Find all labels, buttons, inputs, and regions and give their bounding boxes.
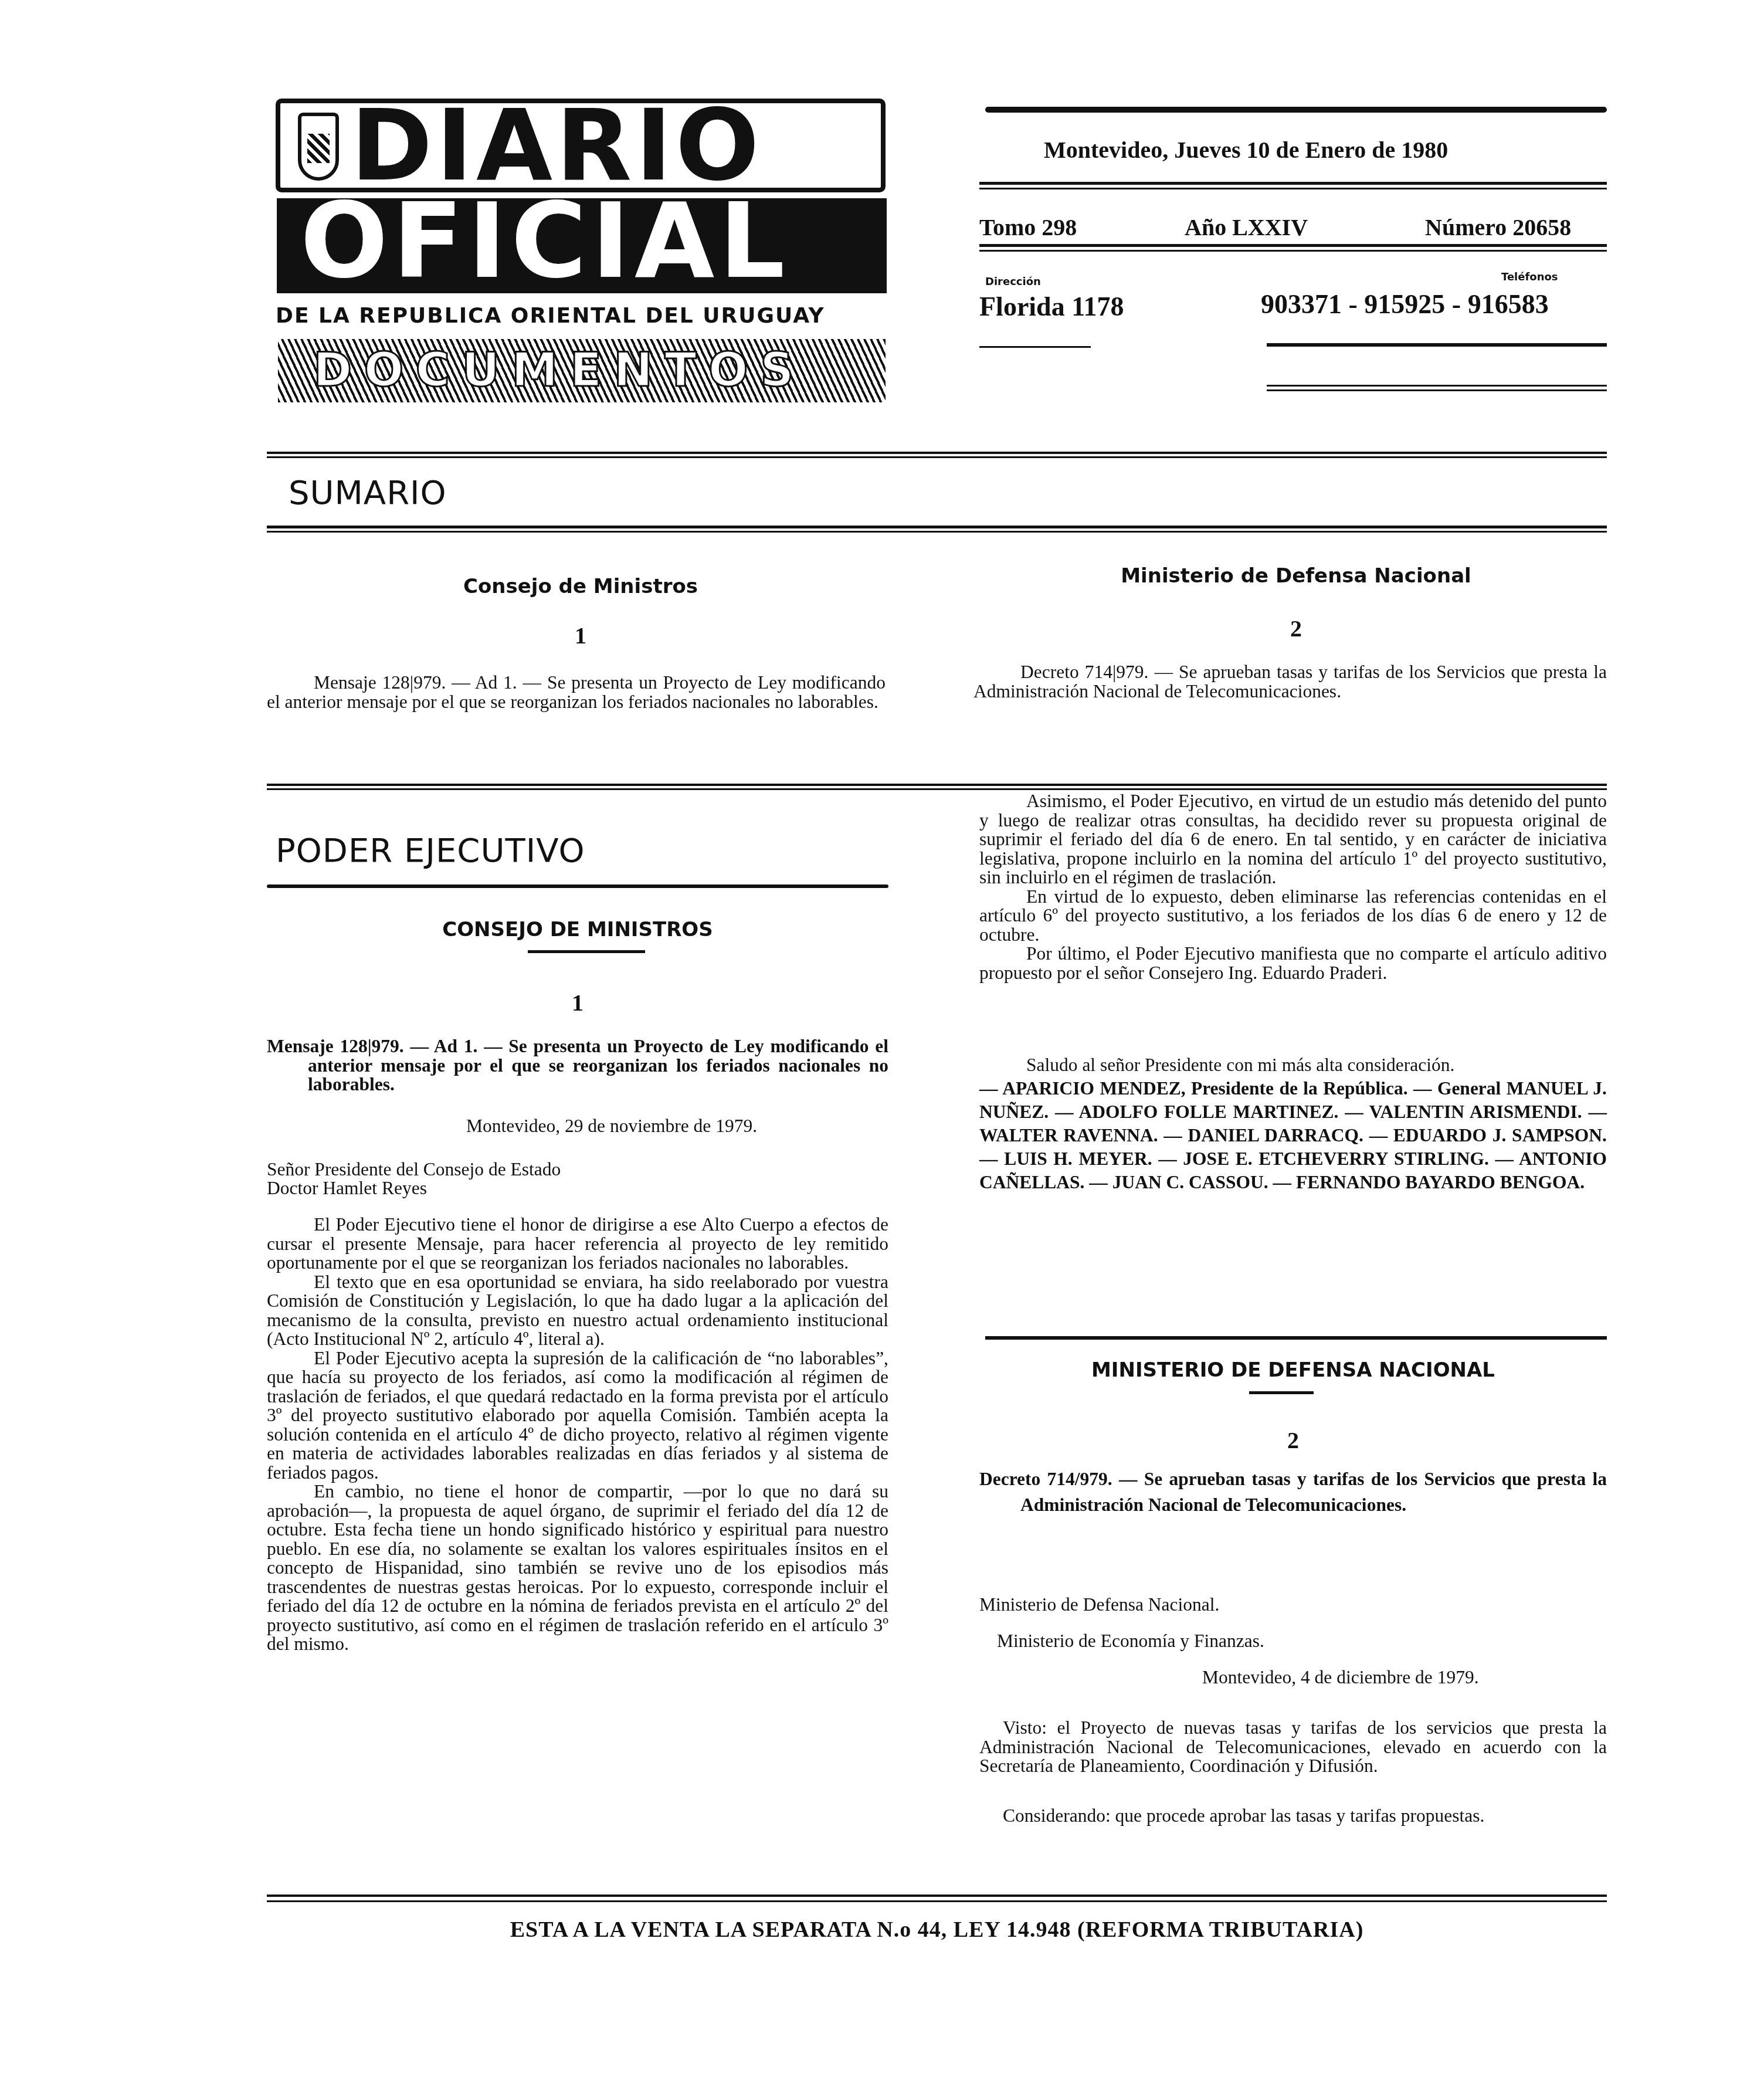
consejo-date: Montevideo, 29 de noviembre de 1979. [466, 1117, 757, 1136]
sumario-rule-bottom-b [267, 531, 1607, 533]
sumario-item-2-organ: Ministerio de Defensa Nacional [985, 564, 1607, 588]
defensa-considerando-block: Considerando: que procede aprobar las ta… [979, 1807, 1607, 1826]
consejo-paragraph-1: El Poder Ejecutivo tiene el honor de dir… [267, 1215, 888, 1273]
consejo-summary-text: Mensaje 128|979. — Ad 1. — Se presenta u… [267, 1037, 888, 1094]
masthead-title-top: DIARIO [351, 96, 763, 195]
defensa-heading-underline [1249, 1391, 1314, 1394]
header-rule-3 [979, 244, 1607, 247]
consejo-paragraph-5: Asimismo, el Poder Ejecutivo, en virtud … [979, 792, 1607, 887]
poder-rule-top [267, 784, 1607, 786]
header-place-date: Montevideo, Jueves 10 de Enero de 1980 [1044, 136, 1448, 164]
header-rule-5 [1267, 385, 1607, 387]
defensa-visto: Visto: el Proyecto de nuevas tasas y tar… [979, 1719, 1607, 1776]
sumario-rule-top-b [267, 456, 1607, 458]
footer-notice: ESTA A LA VENTA LA SEPARATA N.o 44, LEY … [267, 1917, 1607, 1943]
defensa-summary-text: Decreto 714/979. — Se aprueban tasas y t… [979, 1466, 1607, 1518]
sumario-item-1-text: Mensaje 128|979. — Ad 1. — Se presenta u… [267, 673, 886, 711]
sumario-rule-top [267, 452, 1607, 454]
consejo-signatures: — APARICIO MENDEZ, Presidente de la Repú… [979, 1077, 1607, 1194]
sumario-item-1-organ: Consejo de Ministros [276, 575, 886, 598]
header-rule-4b [1267, 343, 1607, 347]
header-rule-2b [979, 188, 1607, 189]
consejo-heading: CONSEJO DE MINISTROS [267, 918, 888, 941]
consejo-body-continued: Asimismo, el Poder Ejecutivo, en virtud … [979, 792, 1607, 982]
defensa-visto-block: Visto: el Proyecto de nuevas tasas y tar… [979, 1719, 1607, 1776]
poder-ejecutivo-title: PODER EJECUTIVO [276, 832, 585, 870]
consejo-paragraph-6: En virtud de lo expuesto, deben eliminar… [979, 887, 1607, 945]
header-tomo: Tomo 298 [979, 213, 1077, 241]
defensa-considerando: Considerando: que procede aprobar las ta… [979, 1807, 1607, 1826]
header-rule-3b [979, 250, 1607, 252]
footer-rule [267, 1895, 1607, 1897]
poder-ejecutivo-rule [267, 884, 888, 888]
consejo-body: El Poder Ejecutivo tiene el honor de dir… [267, 1215, 888, 1654]
consejo-summary: Mensaje 128|979. — Ad 1. — Se presenta u… [267, 1037, 888, 1094]
sumario-item-2-text: Decreto 714|979. — Se aprueban tasas y t… [973, 663, 1607, 701]
header-rule-top [985, 107, 1607, 113]
sumario-item-2-number: 2 [985, 615, 1607, 642]
masthead-title-bottom: OFICIAL [300, 190, 789, 293]
defensa-summary: Decreto 714/979. — Se aprueban tasas y t… [979, 1466, 1607, 1518]
consejo-closing-block: Saludo al señor Presidente con mi más al… [979, 1053, 1607, 1194]
sumario-item-1[interactable]: Mensaje 128|979. — Ad 1. — Se presenta u… [267, 673, 886, 711]
poder-rule-top-b [267, 788, 1607, 790]
defensa-date: Montevideo, 4 de diciembre de 1979. [1202, 1668, 1479, 1687]
header-rule-4a [979, 346, 1091, 348]
consejo-addressee-1: Señor Presidente del Consejo de Estado [267, 1160, 561, 1180]
consejo-end-rule [985, 1336, 1607, 1340]
consejo-paragraph-4: En cambio, no tiene el honor de comparti… [267, 1482, 888, 1654]
header-direccion-label: Dirección [985, 276, 1041, 288]
header-telefonos: 903371 - 915925 - 916583 [1261, 289, 1549, 320]
consejo-paragraph-3: El Poder Ejecutivo acepta la supresión d… [267, 1349, 888, 1483]
consejo-paragraph-7: Por último, el Poder Ejecutivo manifiest… [979, 944, 1607, 982]
header-rule-2 [979, 182, 1607, 185]
header-direccion: Florida 1178 [979, 291, 1124, 322]
masthead-oficial-band: OFICIAL [277, 198, 887, 293]
defensa-ministry-2: Ministerio de Economía y Finanzas. [997, 1632, 1264, 1651]
header-anio: Año LXXIV [1185, 213, 1308, 241]
sumario-rule-bottom [267, 526, 1607, 528]
sumario-item-1-number: 1 [276, 622, 886, 649]
consejo-paragraph-2: El texto que en esa oportunidad se envia… [267, 1273, 888, 1349]
masthead-banner-text: DOCUMENTOS [313, 343, 806, 397]
header-numero: Número 20658 [1425, 213, 1571, 241]
sumario-title: SUMARIO [289, 474, 447, 512]
consejo-closing: Saludo al señor Presidente con mi más al… [979, 1053, 1607, 1077]
masthead-diario-box: DIARIO [276, 99, 886, 192]
defensa-heading: MINISTERIO DE DEFENSA NACIONAL [979, 1358, 1607, 1382]
footer-rule-b [267, 1900, 1607, 1902]
header-telefonos-label: Teléfonos [1501, 271, 1558, 283]
consejo-number: 1 [267, 989, 888, 1016]
consejo-heading-underline [528, 950, 645, 953]
masthead-banner: DOCUMENTOS [278, 339, 886, 402]
header-rule-5b [1267, 389, 1607, 391]
coat-of-arms-icon [298, 113, 339, 181]
sumario-item-2[interactable]: Decreto 714|979. — Se aprueban tasas y t… [973, 663, 1607, 701]
masthead-subtitle: DE LA REPUBLICA ORIENTAL DEL URUGUAY [276, 304, 825, 328]
defensa-ministry-1: Ministerio de Defensa Nacional. [979, 1595, 1219, 1615]
consejo-addressee-2: Doctor Hamlet Reyes [267, 1179, 427, 1198]
defensa-number: 2 [979, 1426, 1607, 1454]
